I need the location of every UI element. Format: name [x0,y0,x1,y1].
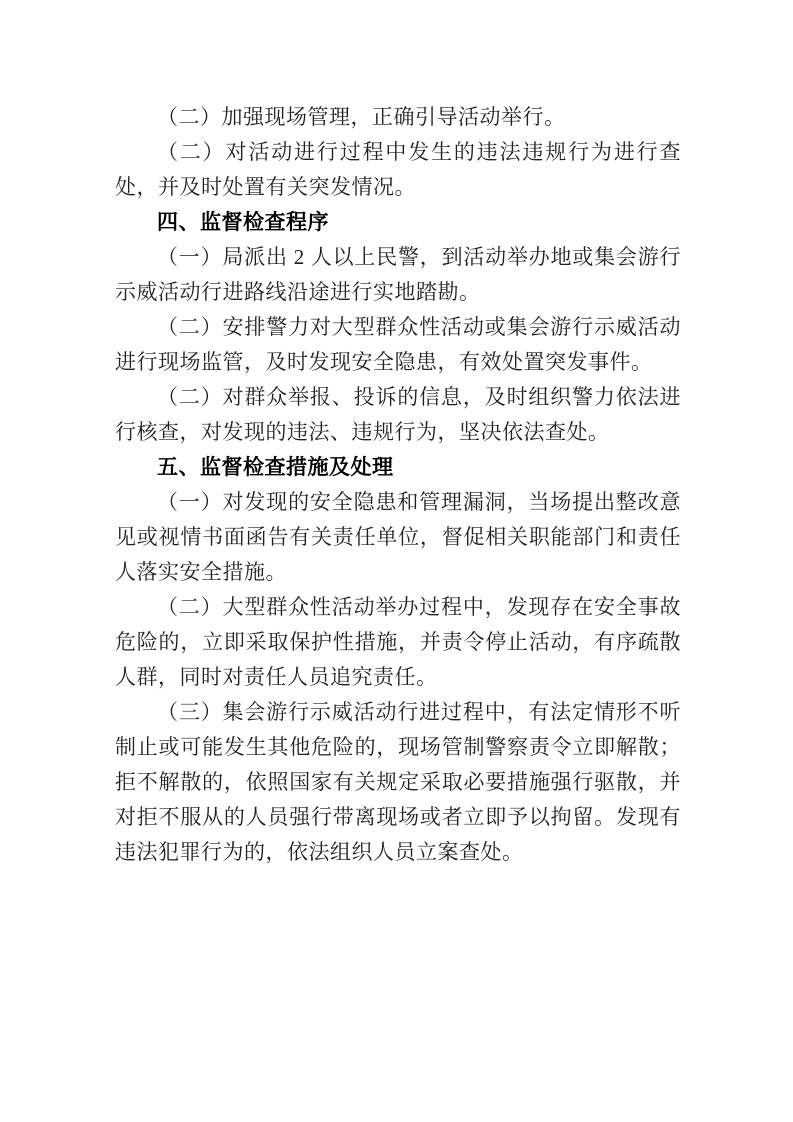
paragraph: （二）大型群众性活动举办过程中，发现存在安全事故危险的，立即采取保护性措施，并责… [115,590,681,695]
paragraph: （二）安排警力对大型群众性活动或集会游行示威活动进行现场监管，及时发现安全隐患，… [115,310,681,380]
document-page: （二）加强现场管理，正确引导活动举行。 （二）对活动进行过程中发生的违法违规行为… [0,0,793,1122]
paragraph: （一）对发现的安全隐患和管理漏洞，当场提出整改意见或视情书面函告有关责任单位，督… [115,485,681,590]
document-content: （二）加强现场管理，正确引导活动举行。 （二）对活动进行过程中发生的违法违规行为… [115,100,681,870]
paragraph: （二）对活动进行过程中发生的违法违规行为进行查处，并及时处置有关突发情况。 [115,135,681,205]
paragraph: （三）集会游行示威活动行进过程中，有法定情形不听制止或可能发生其他危险的，现场管… [115,695,681,870]
section-heading: 五、监督检查措施及处理 [115,450,681,485]
paragraph: （一）局派出 2 人以上民警，到活动举办地或集会游行示威活动行进路线沿途进行实地… [115,240,681,310]
section-heading: 四、监督检查程序 [115,205,681,240]
paragraph: （二）加强现场管理，正确引导活动举行。 [115,100,681,135]
paragraph: （二）对群众举报、投诉的信息，及时组织警力依法进行核查，对发现的违法、违规行为，… [115,380,681,450]
